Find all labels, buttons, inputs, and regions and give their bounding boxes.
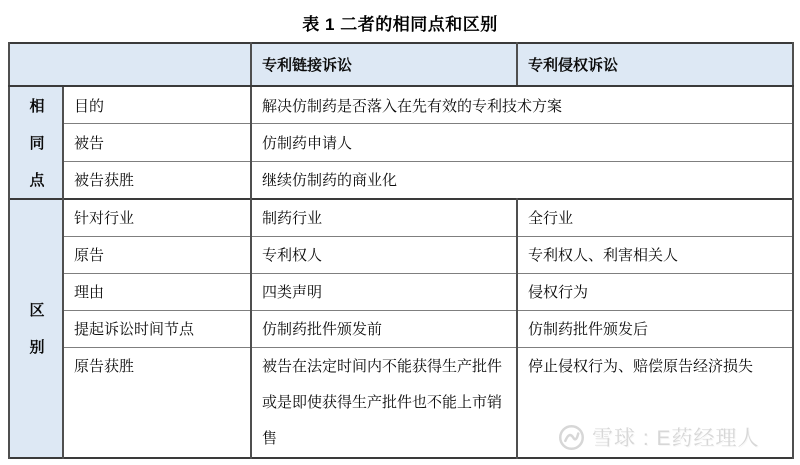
aspect-cell: 目的 [63,86,251,124]
merged-value-cell: 继续仿制药的商业化 [251,161,793,199]
linkage-value-cell: 四类声明 [251,273,517,310]
section-label-differences: 区 别 [9,199,63,458]
comparison-table: 专利链接诉讼 专利侵权诉讼 相 同 点 目的 解决仿制药是否落入在先有效的专利技… [8,42,794,459]
aspect-cell: 理由 [63,273,251,310]
section-label-similarities: 相 同 点 [9,86,63,199]
infringement-value-cell: 全行业 [517,199,793,236]
infringement-value-cell: 侵权行为 [517,273,793,310]
linkage-value-cell: 被告在法定时间内不能获得生产批件或是即使获得生产批件也不能上市销售 [251,347,517,458]
table-title: 表 1 二者的相同点和区别 [0,10,800,35]
table-row: 原告获胜 被告在法定时间内不能获得生产批件或是即使获得生产批件也不能上市销售 停… [9,347,793,458]
linkage-value-cell: 制药行业 [251,199,517,236]
section-char: 相 [20,87,54,124]
table-row: 被告 仿制药申请人 [9,124,793,162]
aspect-cell: 针对行业 [63,199,251,236]
header-linkage-litigation: 专利链接诉讼 [251,43,517,86]
section-char: 点 [20,161,54,198]
section-char: 同 [20,124,54,161]
aspect-cell: 提起诉讼时间节点 [63,310,251,347]
header-infringement-litigation: 专利侵权诉讼 [517,43,793,86]
merged-value-cell: 解决仿制药是否落入在先有效的专利技术方案 [251,86,793,124]
header-row: 专利链接诉讼 专利侵权诉讼 [9,43,793,86]
table-row: 相 同 点 目的 解决仿制药是否落入在先有效的专利技术方案 [9,86,793,124]
table-row: 被告获胜 继续仿制药的商业化 [9,161,793,199]
linkage-value-cell: 专利权人 [251,236,517,273]
aspect-cell: 原告 [63,236,251,273]
merged-value-cell: 仿制药申请人 [251,124,793,162]
infringement-value-cell: 停止侵权行为、赔偿原告经济损失 [517,347,793,458]
aspect-cell: 被告 [63,124,251,162]
section-char: 别 [20,328,54,365]
infringement-value-cell: 仿制药批件颁发后 [517,310,793,347]
infringement-value-cell: 专利权人、利害相关人 [517,236,793,273]
table-row: 原告 专利权人 专利权人、利害相关人 [9,236,793,273]
table-row: 提起诉讼时间节点 仿制药批件颁发前 仿制药批件颁发后 [9,310,793,347]
table-row: 理由 四类声明 侵权行为 [9,273,793,310]
corner-cell [9,43,251,86]
section-char: 区 [20,291,54,328]
linkage-value-cell: 仿制药批件颁发前 [251,310,517,347]
table-row: 区 别 针对行业 制药行业 全行业 [9,199,793,236]
aspect-cell: 原告获胜 [63,347,251,458]
aspect-cell: 被告获胜 [63,161,251,199]
